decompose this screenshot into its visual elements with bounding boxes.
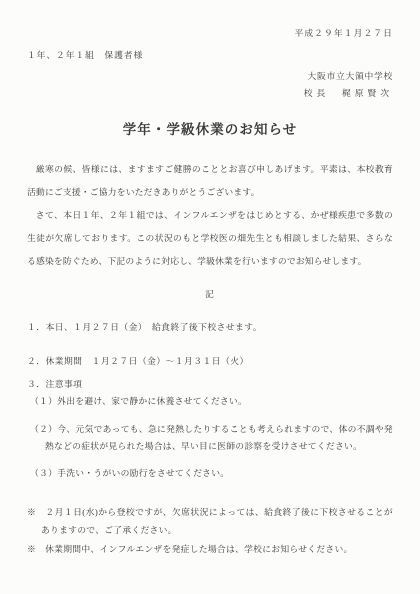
greeting-paragraph: 厳寒の候、皆様には、ますますご健勝のこととお喜び申しあげます。平素は、本校教育活… (27, 158, 393, 204)
school-name: 大阪市立大領中学校 (27, 68, 393, 85)
remarks-block: ※ ２月１日(水)から登校ですが、欠席状況によっては、給食終了後に下校させること… (27, 503, 393, 557)
document-page: 平成２９年１月２７日 １年、２年１組 保護者様 大阪市立大領中学校 校長 梶原賢… (0, 0, 420, 594)
remark-report-infection: ※ 休業期間中、インフルエンザを発症した場合は、学校にお知らせください。 (27, 540, 393, 558)
document-date: 平成２９年１月２７日 (27, 26, 393, 39)
record-label: 記 (27, 287, 393, 300)
principal-name: 校長 梶原賢次 (27, 85, 393, 102)
addressee-line: １年、２年１組 保護者様 (27, 48, 393, 61)
body-paragraph: さて、本日１年、２年１組では、インフルエンザをはじめとする、かぜ様疾患で多数の生… (27, 204, 393, 273)
list-item-precautions-heading: ３．注意事項 (27, 377, 393, 391)
numbered-list: １．本日、１月２７日（金） 給食終了後下校させます。 ２．休業期間 １月２７日（… (27, 320, 393, 483)
remark-return-date: ※ ２月１日(水)から登校ですが、欠席状況によっては、給食終了後に下校させること… (27, 503, 393, 539)
document-title: 学年・学級休業のお知らせ (27, 118, 393, 138)
precaution-item-stay-home: （１）外出を避け、家で静かに休養させてください。 (30, 393, 393, 410)
precaution-item-see-doctor: （２）今、元気であっても、急に発熱したりすることも考えられますので、体の不調や発… (30, 421, 393, 455)
precaution-item-wash-hands: （３）手洗い・うがいの励行をさせてください。 (30, 465, 393, 482)
list-item-closure-period: ２．休業期間 １月２７日（金）～１月３１日（火） (27, 354, 393, 368)
sender-block: 大阪市立大領中学校 校長 梶原賢次 (27, 68, 393, 101)
list-item-dismissal: １．本日、１月２７日（金） 給食終了後下校させます。 (27, 320, 393, 334)
